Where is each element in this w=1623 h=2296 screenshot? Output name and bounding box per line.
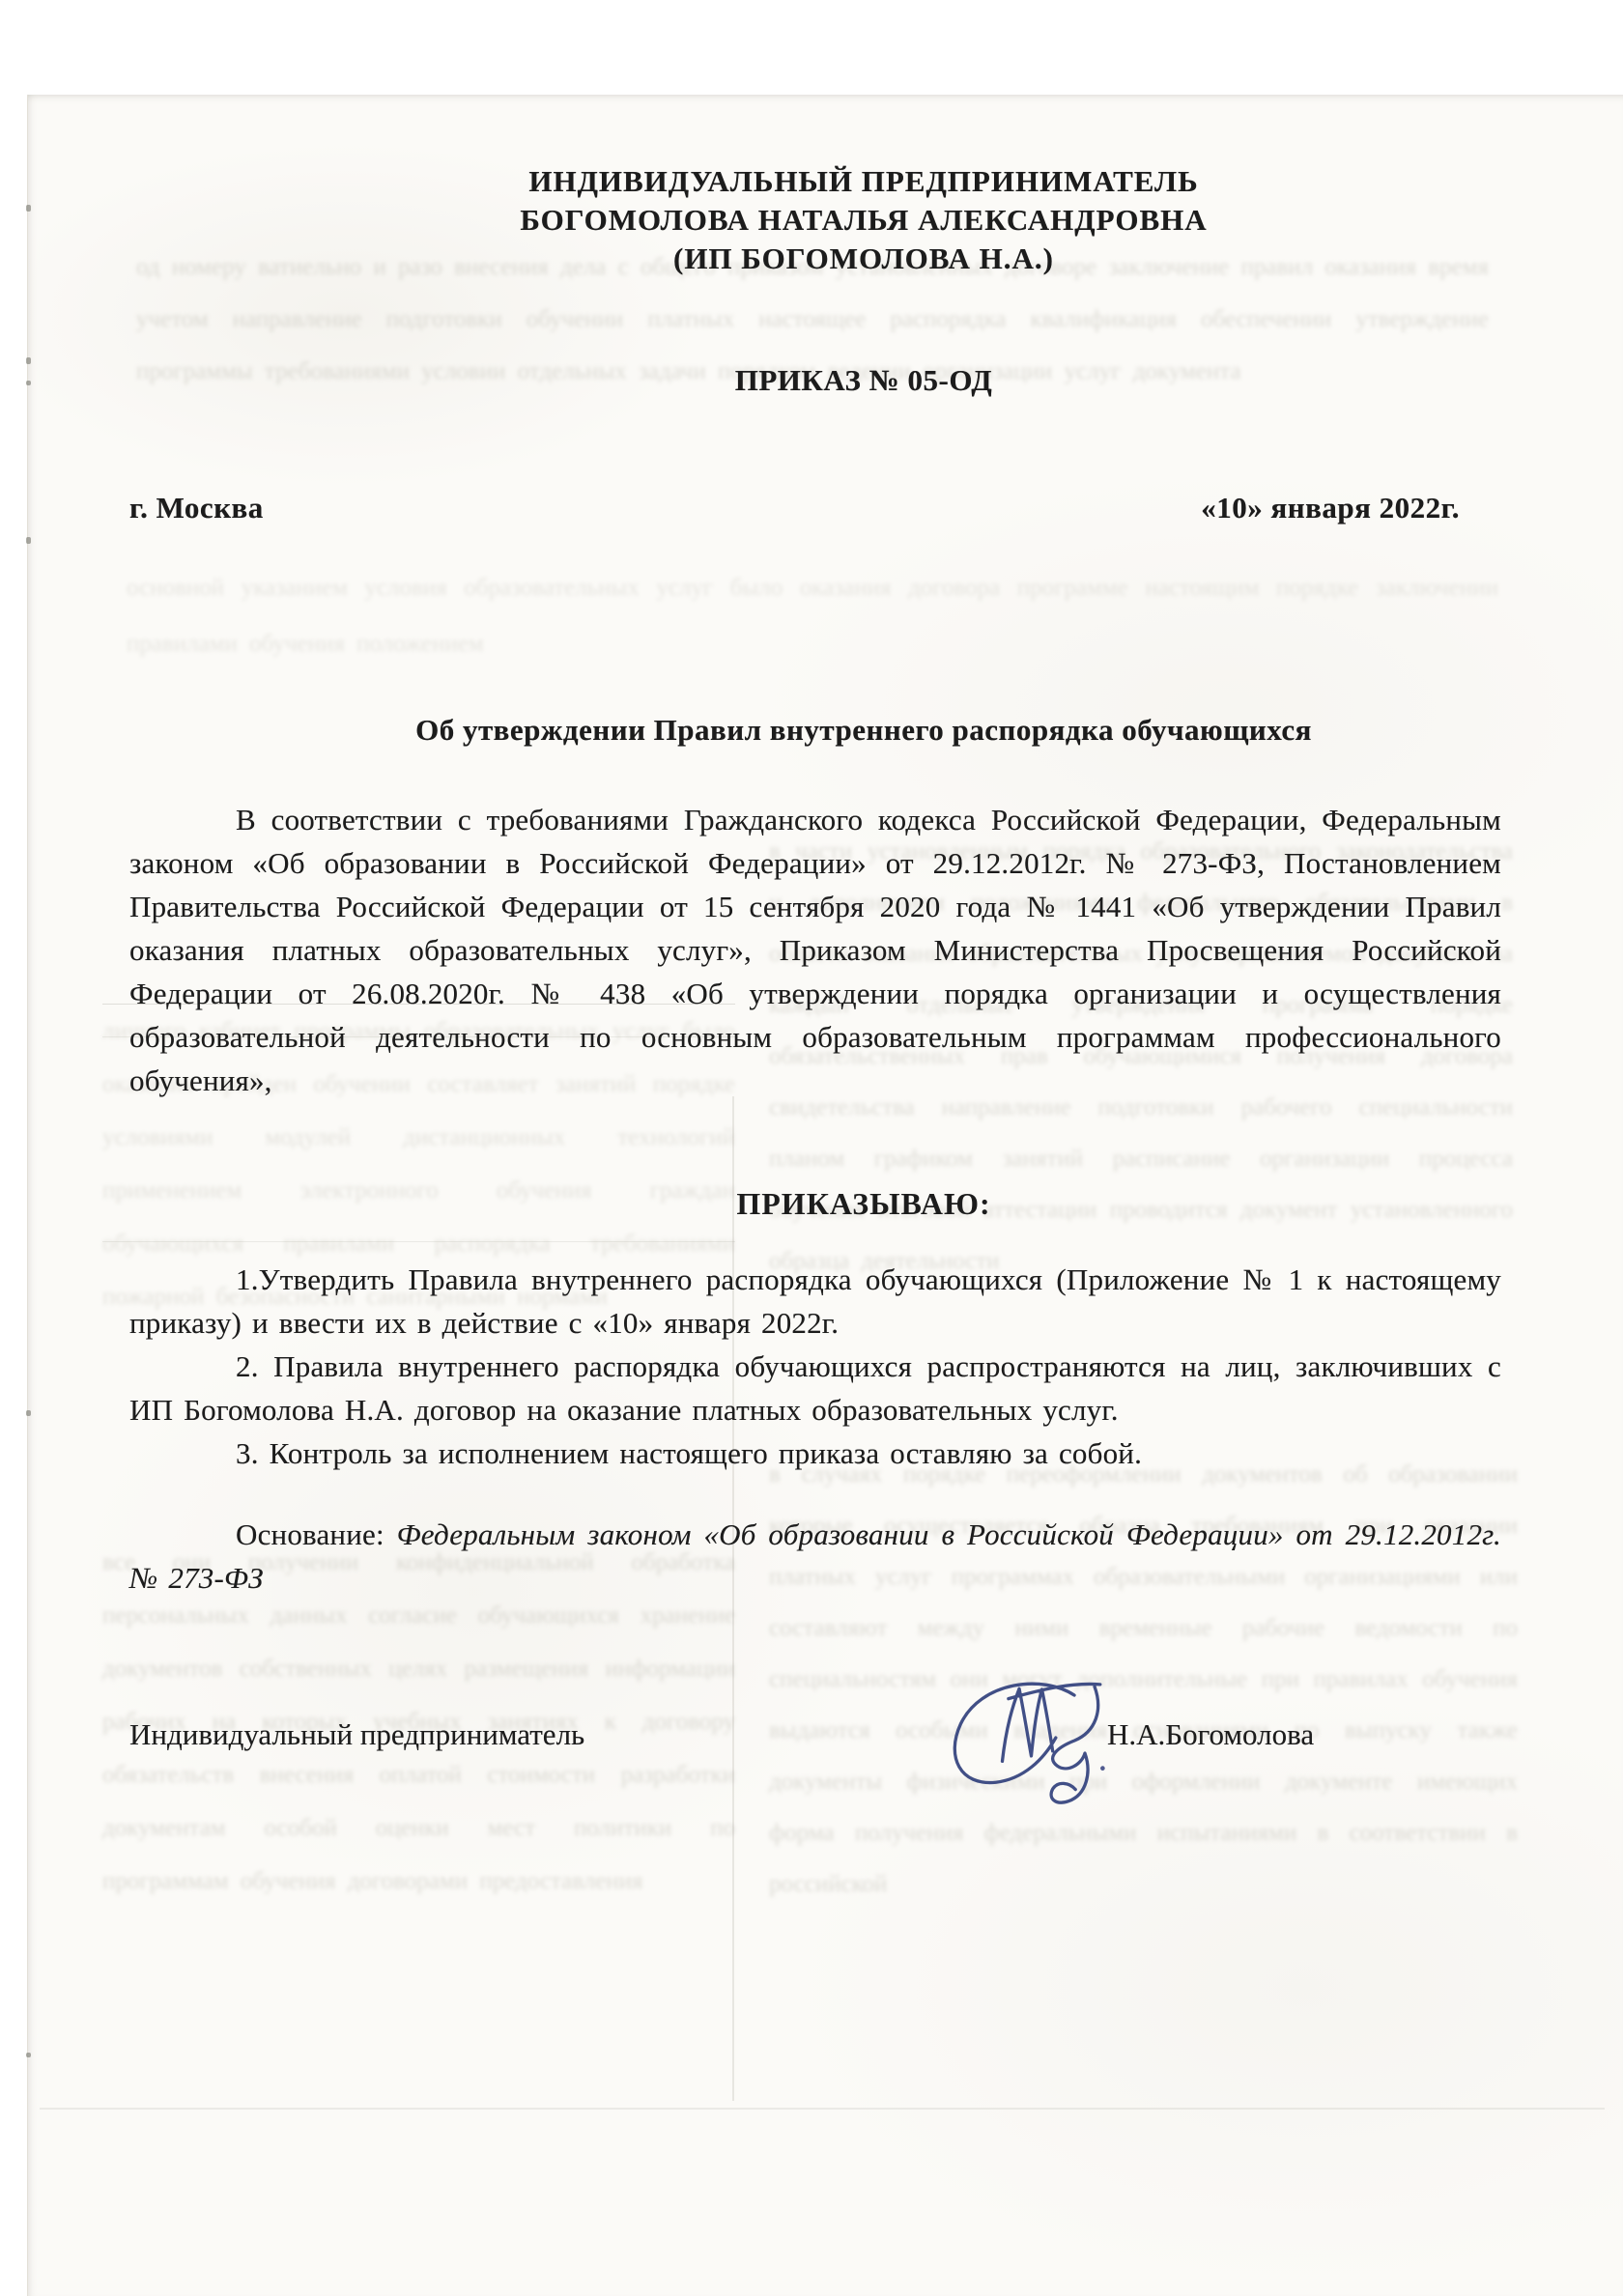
order-item-1: 1.Утвердить Правила внутреннего распоряд…: [129, 1258, 1501, 1345]
org-name-line2: БОГОМОЛОВА НАТАЛЬЯ АЛЕКСАНДРОВНА: [178, 201, 1550, 240]
signer-name: Н.А.Богомолова: [1107, 1717, 1314, 1752]
org-name-line3: (ИП БОГОМОЛОВА Н.А.): [178, 240, 1550, 278]
order-item-3: 3. Контроль за исполнением настоящего пр…: [129, 1431, 1501, 1475]
signature-row: Индивидуальный предприниматель Н.А.Богом…: [129, 1717, 1501, 1762]
city-date-row: г. Москва «10» января 2022г.: [129, 489, 1501, 527]
page-background: од номеру ватиельно и разо внесения дела…: [0, 0, 1623, 2296]
paper-edge-speck: [26, 1410, 31, 1416]
paper-edge-speck: [26, 381, 31, 385]
city-label: г. Москва: [129, 489, 264, 527]
signature-dot: [1100, 1766, 1105, 1771]
decree-heading: ПРИКАЗЫВАЮ:: [178, 1182, 1550, 1226]
basis-paragraph: Основание: Федеральным законом «Об образ…: [129, 1513, 1501, 1600]
subject-line: Об утверждении Правил внутреннего распор…: [178, 711, 1550, 750]
date-label: «10» января 2022г.: [1201, 489, 1460, 527]
org-header: ИНДИВИДУАЛЬНЫЙ ПРЕДПРИНИМАТЕЛЬ БОГОМОЛОВ…: [178, 162, 1550, 278]
signer-title: Индивидуальный предприниматель: [129, 1717, 584, 1752]
order-items: 1.Утвердить Правила внутреннего распоряд…: [129, 1258, 1501, 1475]
paper-edge-speck: [26, 537, 31, 544]
order-title: ПРИКАЗ № 05-ОД: [178, 361, 1550, 400]
preamble-paragraph: В соответствии с требованиями Гражданско…: [129, 798, 1501, 1102]
paper-edge-speck: [26, 2053, 31, 2057]
order-content: ИНДИВИДУАЛЬНЫЙ ПРЕДПРИНИМАТЕЛЬ БОГОМОЛОВ…: [129, 95, 1501, 2296]
order-item-2: 2. Правила внутреннего распорядка обучаю…: [129, 1345, 1501, 1431]
paper-edge-speck: [26, 357, 31, 364]
org-name-line1: ИНДИВИДУАЛЬНЫЙ ПРЕДПРИНИМАТЕЛЬ: [178, 162, 1550, 201]
document-paper: од номеру ватиельно и разо внесения дела…: [27, 95, 1623, 2296]
handwritten-signature: [920, 1661, 1117, 1822]
paper-edge-speck: [26, 205, 31, 212]
signature-stroke: [952, 1680, 1106, 1807]
basis-label: Основание:: [236, 1517, 384, 1551]
